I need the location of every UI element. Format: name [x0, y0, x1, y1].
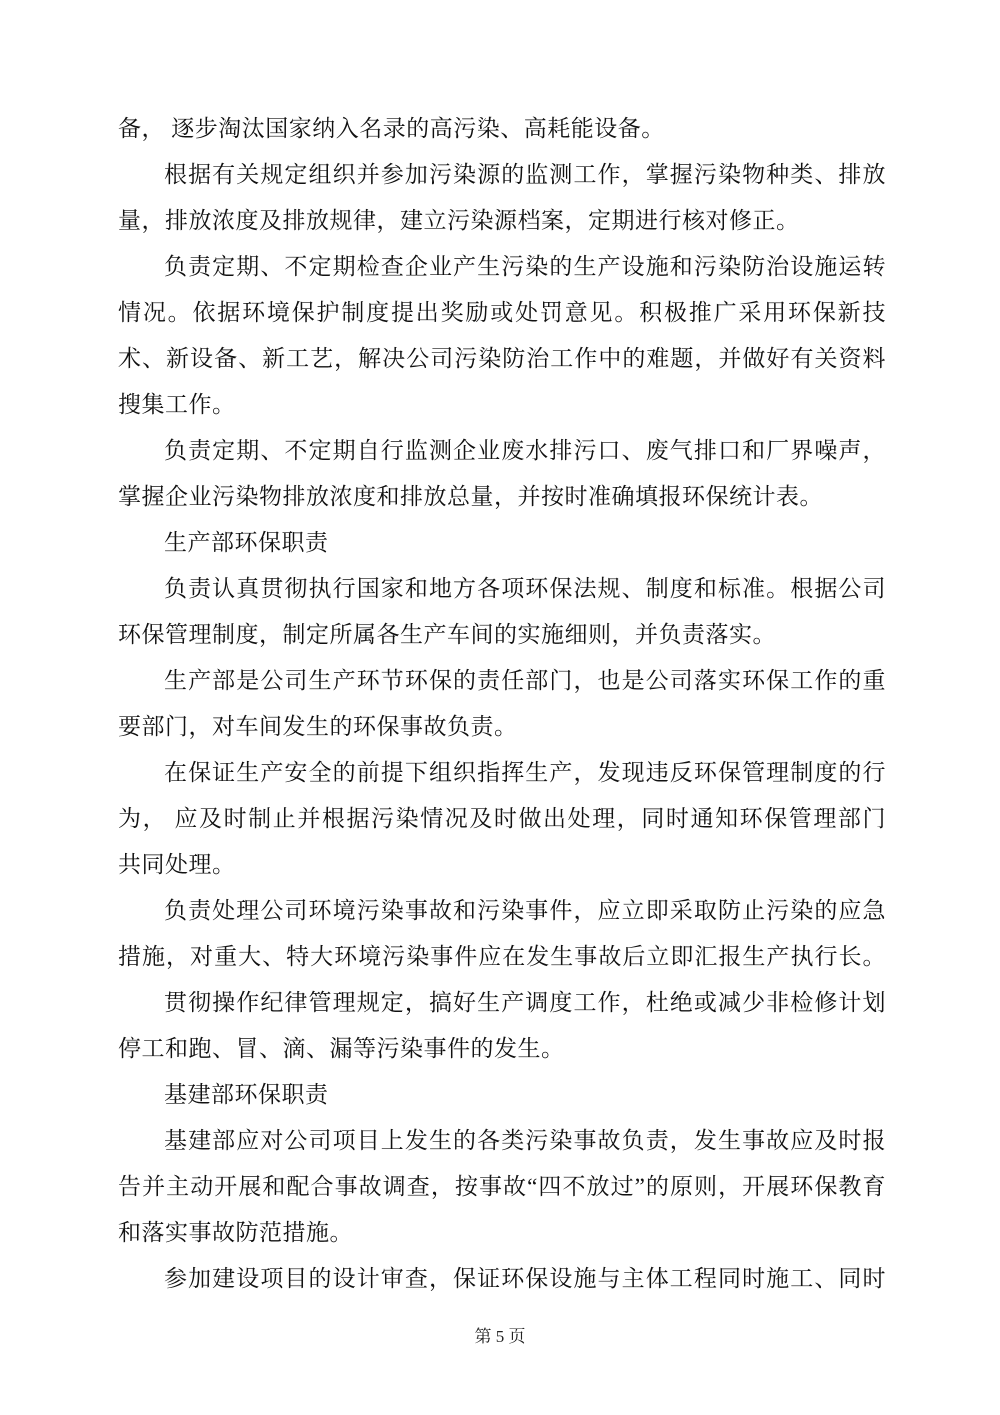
text-line: 措施，对重大、特大环境污染事件应在发生事故后立即汇报生产执行长。 [118, 934, 886, 980]
text-line: 情况。依据环境保护制度提出奖励或处罚意见。积极推广采用环保新技 [118, 290, 886, 336]
text-line: 环保管理制度，制定所属各生产车间的实施细则，并负责落实。 [118, 612, 886, 658]
text-line: 备， 逐步淘汰国家纳入名录的高污染、高耗能设备。 [118, 106, 886, 152]
text-line: 为， 应及时制止并根据污染情况及时做出处理，同时通知环保管理部门 [118, 796, 886, 842]
text-line: 在保证生产安全的前提下组织指挥生产，发现违反环保管理制度的行 [118, 750, 886, 796]
text-line: 术、新设备、新工艺，解决公司污染防治工作中的难题，并做好有关资料 [118, 336, 886, 382]
page-footer: 第 5 页 [0, 1324, 1000, 1350]
page-number: 第 5 页 [475, 1327, 526, 1346]
text-line: 负责认真贯彻执行国家和地方各项环保法规、制度和标准。根据公司 [118, 566, 886, 612]
text-line: 负责处理公司环境污染事故和污染事件，应立即采取防止污染的应急 [118, 888, 886, 934]
text-line: 参加建设项目的设计审查，保证环保设施与主体工程同时施工、同时 [118, 1256, 886, 1302]
text-line: 共同处理。 [118, 842, 886, 888]
text-line: 基建部应对公司项目上发生的各类污染事故负责，发生事故应及时报 [118, 1118, 886, 1164]
text-line: 根据有关规定组织并参加污染源的监测工作，掌握污染物种类、排放 [118, 152, 886, 198]
text-line: 搜集工作。 [118, 382, 886, 428]
text-line: 停工和跑、冒、滴、漏等污染事件的发生。 [118, 1026, 886, 1072]
document-text-block: 备， 逐步淘汰国家纳入名录的高污染、高耗能设备。 根据有关规定组织并参加污染源的… [118, 106, 886, 1302]
text-line: 负责定期、不定期检查企业产生污染的生产设施和污染防治设施运转 [118, 244, 886, 290]
text-line: 负责定期、不定期自行监测企业废水排污口、废气排口和厂界噪声， [118, 428, 886, 474]
text-line: 和落实事故防范措施。 [118, 1210, 886, 1256]
section-heading-line: 基建部环保职责 [118, 1072, 886, 1118]
text-line: 告并主动开展和配合事故调查，按事故“四不放过”的原则，开展环保教育 [118, 1164, 886, 1210]
text-line: 生产部是公司生产环节环保的责任部门，也是公司落实环保工作的重 [118, 658, 886, 704]
text-line: 要部门，对车间发生的环保事故负责。 [118, 704, 886, 750]
document-page: 备， 逐步淘汰国家纳入名录的高污染、高耗能设备。 根据有关规定组织并参加污染源的… [0, 0, 1000, 1415]
text-line: 贯彻操作纪律管理规定，搞好生产调度工作，杜绝或减少非检修计划 [118, 980, 886, 1026]
text-line: 量，排放浓度及排放规律，建立污染源档案，定期进行核对修正。 [118, 198, 886, 244]
section-heading-line: 生产部环保职责 [118, 520, 886, 566]
text-line: 掌握企业污染物排放浓度和排放总量，并按时准确填报环保统计表。 [118, 474, 886, 520]
